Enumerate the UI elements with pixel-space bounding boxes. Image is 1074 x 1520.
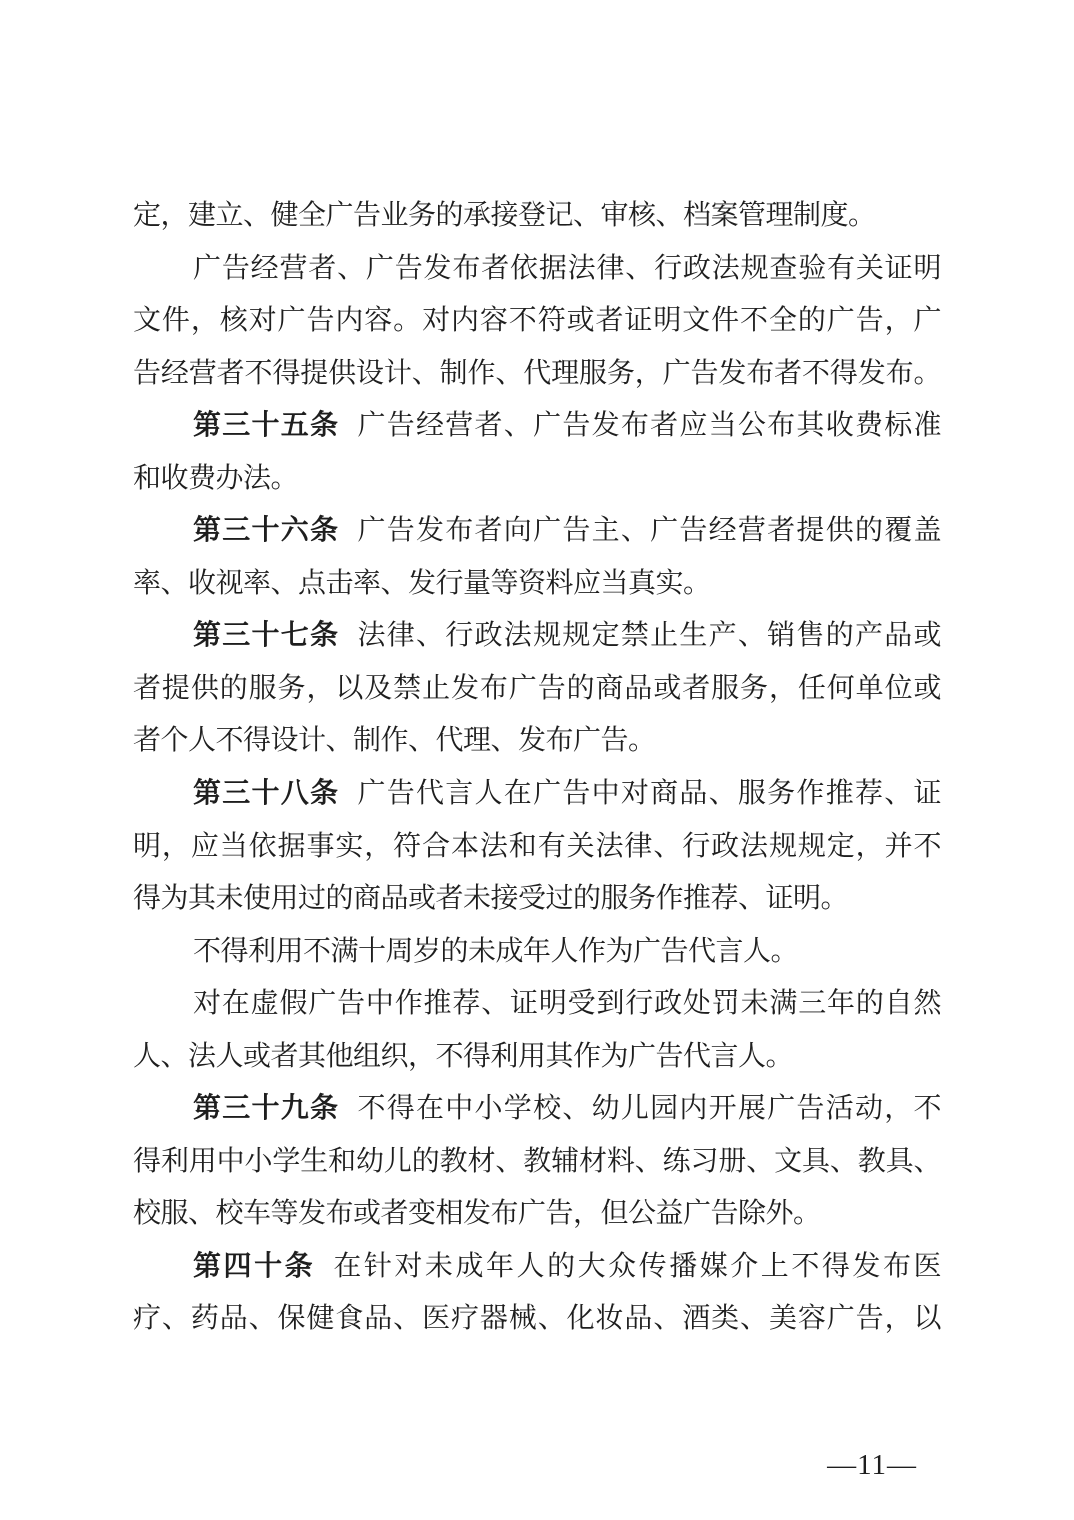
article-number: 第三十九条 [193, 1093, 339, 1124]
article-number: 第三十八条 [193, 778, 339, 809]
text-line: 对在虚假广告中作推荐、证明受到行政处罚未满三年的自然 [133, 978, 941, 1031]
article-number: 第三十五条 [193, 410, 339, 441]
article-number: 第三十七条 [193, 620, 339, 651]
text-line: 者提供的服务，以及禁止发布广告的商品或者服务，任何单位或 [133, 663, 941, 716]
text-line: 得为其未使用过的商品或者未接受过的服务作推荐、证明。 [133, 873, 941, 926]
text-line: 第三十六条广告发布者向广告主、广告经营者提供的覆盖 [133, 505, 941, 558]
text-run: 广告代言人在广告中对商品、服务作推荐、证 [358, 778, 941, 809]
text-line: 第三十八条广告代言人在广告中对商品、服务作推荐、证 [133, 768, 941, 821]
text-run: 告经营者不得提供设计、制作、代理服务，广告发布者不得发布。 [133, 358, 941, 389]
text-line: 告经营者不得提供设计、制作、代理服务，广告发布者不得发布。 [133, 348, 941, 401]
text-run: 者提供的服务，以及禁止发布广告的商品或者服务，任何单位或 [133, 673, 941, 704]
text-line: 校服、校车等发布或者变相发布广告，但公益广告除外。 [133, 1188, 941, 1241]
text-line: 疗、药品、保健食品、医疗器械、化妆品、酒类、美容广告，以 [133, 1293, 941, 1346]
document-page: 定，建立、健全广告业务的承接登记、审核、档案管理制度。广告经营者、广告发布者依据… [0, 0, 1074, 1520]
text-run: 文件，核对广告内容。对内容不符或者证明文件不全的广告，广 [133, 305, 941, 336]
text-line: 者个人不得设计、制作、代理、发布广告。 [133, 715, 941, 768]
text-line: 第三十九条不得在中小学校、幼儿园内开展广告活动，不 [133, 1083, 941, 1136]
text-line: 广告经营者、广告发布者依据法律、行政法规查验有关证明 [133, 243, 941, 296]
text-run: 在针对未成年人的大众传播媒介上不得发布医 [333, 1251, 941, 1282]
text-line: 明，应当依据事实，符合本法和有关法律、行政法规规定，并不 [133, 821, 941, 874]
text-run: 人、法人或者其他组织，不得利用其作为广告代言人。 [133, 1041, 793, 1072]
text-run: 得为其未使用过的商品或者未接受过的服务作推荐、证明。 [133, 883, 848, 914]
text-run: 广告发布者向广告主、广告经营者提供的覆盖 [358, 515, 941, 546]
text-line: 和收费办法。 [133, 453, 941, 506]
text-run: 不得在中小学校、幼儿园内开展广告活动，不 [358, 1093, 941, 1124]
text-line: 第四十条在针对未成年人的大众传播媒介上不得发布医 [133, 1241, 941, 1294]
article-number: 第三十六条 [193, 515, 339, 546]
text-run: 和收费办法。 [133, 463, 298, 494]
text-line: 人、法人或者其他组织，不得利用其作为广告代言人。 [133, 1031, 941, 1084]
text-line: 文件，核对广告内容。对内容不符或者证明文件不全的广告，广 [133, 295, 941, 348]
text-run: 不得利用不满十周岁的未成年人作为广告代言人。 [193, 936, 798, 967]
text-run: 得利用中小学生和幼儿的教材、教辅材料、练习册、文具、教具、 [133, 1146, 941, 1177]
text-run: 疗、药品、保健食品、医疗器械、化妆品、酒类、美容广告，以 [133, 1303, 941, 1334]
text-run: 广告经营者、广告发布者应当公布其收费标准 [358, 410, 941, 441]
text-run: 广告经营者、广告发布者依据法律、行政法规查验有关证明 [193, 253, 941, 284]
text-run: 法律、行政法规规定禁止生产、销售的产品或 [358, 620, 941, 651]
article-number: 第四十条 [193, 1251, 315, 1282]
text-run: 率、收视率、点击率、发行量等资料应当真实。 [133, 568, 711, 599]
text-run: 明，应当依据事实，符合本法和有关法律、行政法规规定，并不 [133, 831, 941, 862]
text-run: 对在虚假广告中作推荐、证明受到行政处罚未满三年的自然 [193, 988, 941, 1019]
text-line: 得利用中小学生和幼儿的教材、教辅材料、练习册、文具、教具、 [133, 1136, 941, 1189]
document-body: 定，建立、健全广告业务的承接登记、审核、档案管理制度。广告经营者、广告发布者依据… [133, 190, 941, 1346]
text-line: 第三十五条广告经营者、广告发布者应当公布其收费标准 [133, 400, 941, 453]
text-run: 者个人不得设计、制作、代理、发布广告。 [133, 725, 656, 756]
text-line: 率、收视率、点击率、发行量等资料应当真实。 [133, 558, 941, 611]
text-line: 第三十七条法律、行政法规规定禁止生产、销售的产品或 [133, 610, 941, 663]
text-line: 不得利用不满十周岁的未成年人作为广告代言人。 [133, 926, 941, 979]
page-number: —11— [827, 1449, 917, 1482]
text-run: 定，建立、健全广告业务的承接登记、审核、档案管理制度。 [133, 200, 876, 231]
text-run: 校服、校车等发布或者变相发布广告，但公益广告除外。 [133, 1198, 821, 1229]
text-line: 定，建立、健全广告业务的承接登记、审核、档案管理制度。 [133, 190, 941, 243]
